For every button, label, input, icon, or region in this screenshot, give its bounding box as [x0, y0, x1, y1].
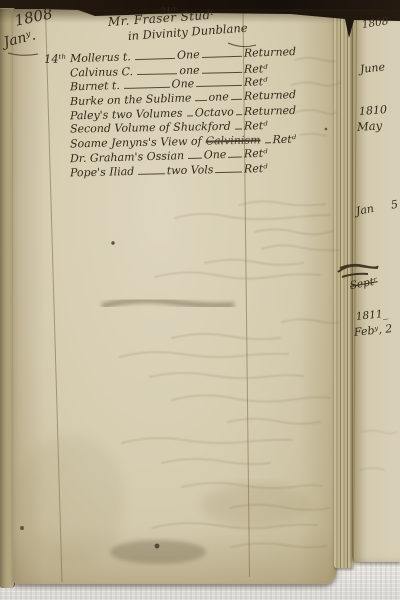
connector-rule [135, 57, 175, 59]
connector-rule [202, 55, 242, 57]
connector-rule [235, 128, 242, 129]
entry-day: 14ᵗʰ [44, 51, 70, 66]
next-page-year-1810: 1810 [359, 104, 388, 117]
entry-quantity: one [208, 90, 229, 104]
connector-rule [265, 142, 271, 143]
connector-rule [138, 173, 165, 175]
entry-status: Retᵈ [272, 132, 324, 146]
entry-title: Mollerus t. [70, 50, 133, 65]
connector-rule [196, 84, 242, 86]
manuscript-photo: 1808 Janʸ. 21ᵗʰ Mr. Fraser Studᵗ in Divi… [0, 0, 400, 600]
connector-rule [202, 71, 242, 73]
entry-quantity: One [171, 77, 194, 91]
entry-quantity: two Vols [167, 163, 214, 177]
entry-quantity: One [204, 148, 227, 162]
entry-title: Burnet t. [70, 79, 122, 93]
entry-status: Retᵈ [244, 161, 296, 175]
connector-rule [215, 171, 242, 173]
connector-rule [124, 86, 170, 88]
connector-rule [187, 115, 193, 116]
connector-rule [231, 98, 242, 99]
entry-status: Returned [244, 88, 296, 103]
entry-status: Retᵈ [244, 146, 296, 160]
connector-rule [228, 156, 242, 157]
next-page-month-june: June [359, 61, 385, 75]
entry-title: Pope's Iliad [70, 165, 137, 180]
entry-quantity: One [177, 48, 200, 62]
entry-status: Retᵈ [244, 119, 296, 133]
connector-rule [236, 114, 242, 115]
entry-status: Returned [244, 45, 296, 60]
entry-quantity: Octavo [195, 105, 234, 119]
connector-rule [195, 99, 206, 100]
next-page-month-may: May [357, 120, 383, 133]
connector-rule [188, 157, 202, 158]
entry-status: Returned [244, 104, 296, 118]
connector-rule [137, 73, 177, 75]
